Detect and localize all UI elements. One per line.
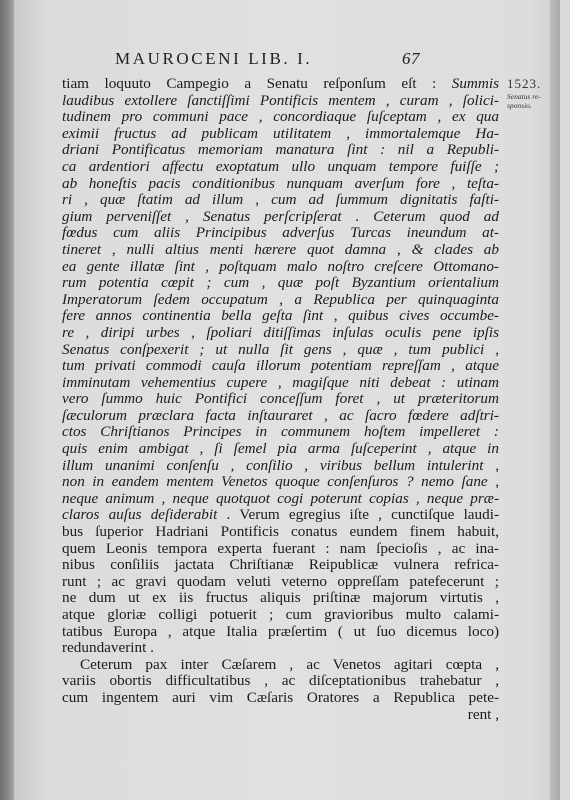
text-line: neque animum , neque quotquot cogi poter… (62, 491, 499, 508)
text-line: tiam loquuto Campegio a Senatu reſponſum… (62, 76, 499, 93)
text-line: re , diripi urbes , ſpoliari ditiſſimas … (62, 325, 499, 342)
italic-text: ca ardentiori affectu exoptatum ullo unq… (62, 158, 499, 175)
page-edge (550, 0, 560, 800)
page-number: 67 (402, 49, 420, 69)
roman-text: cum ingentem auri vim Cæſaris Oratores a… (62, 689, 499, 706)
text-line: atque gloriæ colligi potuerit ; cum grav… (62, 607, 499, 624)
roman-text: variis obortis difficultatibus , ac diſc… (62, 672, 499, 689)
roman-text: bus ſuperior Hadriani Pontificis conatus… (62, 523, 499, 540)
text-line: redundaverint . (62, 640, 499, 657)
italic-text: Imperatorum ſedem occupatum , a Republic… (62, 291, 499, 308)
text-line: non in eandem mentem Venetos quoque conſ… (62, 474, 499, 491)
text-line: Ceterum pax inter Cæſarem , ac Venetos a… (62, 657, 499, 674)
roman-text: runt ; ac gravi quodam veluti veterno op… (62, 573, 499, 590)
italic-text: quis enim ambigat , ſi ſemel pia arma ſu… (62, 440, 499, 457)
text-line: ne dum ut ex iis fructus aliquis priſtin… (62, 590, 499, 607)
roman-text: tiam loquuto Campegio a Senatu reſponſum… (62, 75, 452, 92)
text-line: gium perveniſſet , Senatus perſcripſerat… (62, 209, 499, 226)
text-line: ſæculorum præclara facta inſtauraret , a… (62, 408, 499, 425)
text-line: Senatus conſpexerit ; ut nulla ſit gens … (62, 342, 499, 359)
italic-text: tum privati commodi cauſa illorum potent… (62, 357, 499, 374)
italic-text: fœdus cum aliis Principibus adverſus Tur… (62, 224, 499, 241)
italic-text: imminutam vehementius cupere , magiſque … (62, 374, 499, 391)
text-line: driani Pontificatus memoriam manatura ſi… (62, 142, 499, 159)
text-line: vero ſummo huic Pontifici conceſſum fore… (62, 391, 499, 408)
text-line: eximii fructus ad publicam utilitatem , … (62, 126, 499, 143)
text-line: ca ardentiori affectu exoptatum ullo unq… (62, 159, 499, 176)
text-line: tineret , nulli altius menti hærere quot… (62, 242, 499, 259)
body-text: tiam loquuto Campegio a Senatu reſponſum… (62, 76, 499, 723)
italic-text: non in eandem mentem Venetos quoque conſ… (62, 473, 499, 490)
italic-text: Summis (452, 75, 499, 92)
text-line: tatibus Europa , atque Italia præſertim … (62, 624, 499, 641)
text-line: quem Leonis tempora experta fuerant : na… (62, 541, 499, 558)
italic-text: fere annos continentia bella geſta ſint … (62, 307, 499, 324)
text-line: cum ingentem auri vim Cæſaris Oratores a… (62, 690, 499, 707)
book-spine-shadow (0, 0, 14, 800)
text-line: ea gente illatæ ſint , poſtquam malo noſ… (62, 259, 499, 276)
italic-text: ri , quæ ſtatim ad illum , cum ad ſummum… (62, 191, 499, 208)
italic-text: re , diripi urbes , ſpoliari ditiſſimas … (62, 324, 499, 341)
margin-year: 1523. (507, 76, 559, 92)
italic-text: gium perveniſſet , Senatus perſcripſerat… (62, 208, 499, 225)
text-line: quis enim ambigat , ſi ſemel pia arma ſu… (62, 441, 499, 458)
italic-text: laudibus extollere ſanctiſſimi Pontifici… (62, 92, 499, 109)
margin-text-line: sponsio. (507, 101, 559, 110)
roman-text: quem Leonis tempora experta fuerant : na… (62, 540, 499, 557)
roman-text: redundaverint . (62, 639, 154, 656)
text-line: Imperatorum ſedem occupatum , a Republic… (62, 292, 499, 309)
text-line: rum potentia cœpit ; cum , quæ poſt Byza… (62, 275, 499, 292)
italic-text: tudinem pro communi pace , concordiaque … (62, 108, 499, 125)
roman-text: tatibus Europa , atque Italia præſertim … (62, 623, 499, 640)
italic-text: driani Pontificatus memoriam manatura ſi… (62, 141, 499, 158)
text-line: ab honeſtis pacis conditionibus nunquam … (62, 176, 499, 193)
italic-text: eximii fructus ad publicam utilitatem , … (62, 125, 499, 142)
roman-text: . Verum egregius iſte , cunctiſque laudi… (217, 506, 499, 523)
roman-text: nibus conſiliis jactata Chriſtianæ Reipu… (62, 556, 499, 573)
text-line: variis obortis difficultatibus , ac diſc… (62, 673, 499, 690)
italic-text: rum potentia cœpit ; cum , quæ poſt Byza… (62, 274, 499, 291)
roman-text: rent , (468, 706, 499, 723)
roman-text: atque gloriæ colligi potuerit ; cum grav… (62, 606, 499, 623)
italic-text: ſæculorum præclara facta inſtauraret , a… (62, 407, 499, 424)
roman-text: ne dum ut ex iis fructus aliquis priſtin… (62, 589, 499, 606)
text-line: illum unanimi conſenſu , conſilio , viri… (62, 458, 499, 475)
text-line: nibus conſiliis jactata Chriſtianæ Reipu… (62, 557, 499, 574)
text-line: runt ; ac gravi quodam veluti veterno op… (62, 574, 499, 591)
margin-note: 1523. Senatus re- sponsio. (507, 76, 559, 110)
text-line: fere annos continentia bella geſta ſint … (62, 308, 499, 325)
running-head-title: MAUROCENI LIB. I. (115, 49, 312, 69)
italic-text: Senatus conſpexerit ; ut nulla ſit gens … (62, 341, 499, 358)
italic-text: illum unanimi conſenſu , conſilio , viri… (62, 457, 499, 474)
text-line: tum privati commodi cauſa illorum potent… (62, 358, 499, 375)
margin-text-line: Senatus re- (507, 92, 559, 101)
text-line: rent , (62, 707, 499, 724)
text-line: tudinem pro communi pace , concordiaque … (62, 109, 499, 126)
running-head: MAUROCENI LIB. I. 67 (115, 49, 445, 71)
text-line: bus ſuperior Hadriani Pontificis conatus… (62, 524, 499, 541)
text-line: ctos Chriſtianos Principes in communem h… (62, 424, 499, 441)
text-line: claros auſus deſiderabit . Verum egregiu… (62, 507, 499, 524)
italic-text: ea gente illatæ ſint , poſtquam malo noſ… (62, 258, 499, 275)
italic-text: tineret , nulli altius menti hærere quot… (62, 241, 499, 258)
text-line: laudibus extollere ſanctiſſimi Pontifici… (62, 93, 499, 110)
italic-text: ab honeſtis pacis conditionibus nunquam … (62, 175, 499, 192)
text-line: ri , quæ ſtatim ad illum , cum ad ſummum… (62, 192, 499, 209)
italic-text: ctos Chriſtianos Principes in communem h… (62, 423, 499, 440)
text-line: imminutam vehementius cupere , magiſque … (62, 375, 499, 392)
roman-text: Ceterum pax inter Cæſarem , ac Venetos a… (80, 656, 499, 673)
italic-text: vero ſummo huic Pontifici conceſſum fore… (62, 390, 499, 407)
italic-text: claros auſus deſiderabit (62, 506, 217, 523)
text-line: fœdus cum aliis Principibus adverſus Tur… (62, 225, 499, 242)
italic-text: neque animum , neque quotquot cogi poter… (62, 490, 499, 507)
